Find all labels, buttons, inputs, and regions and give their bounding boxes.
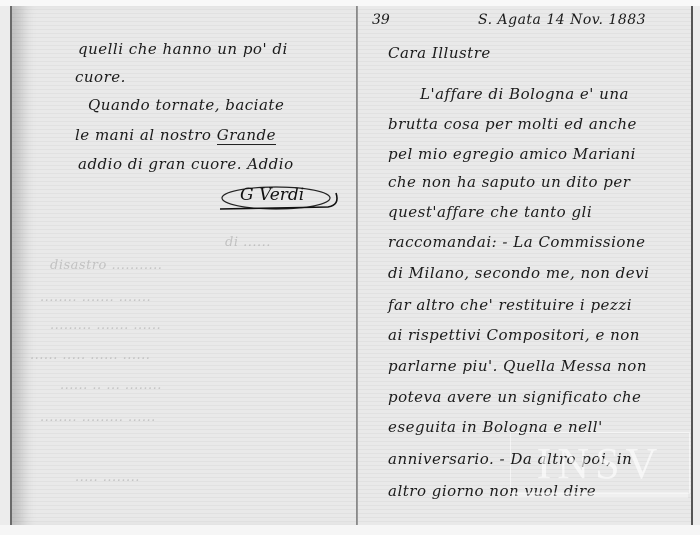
bleed-line-1: di ...... bbox=[225, 235, 271, 250]
bleed-line-3: ........ ....... ....... bbox=[40, 290, 151, 305]
watermark-caption-bar bbox=[512, 492, 688, 498]
bleed-line-5: ...... ..... ...... ...... bbox=[30, 348, 150, 363]
right-line-6: raccomandai: - La Commissione bbox=[388, 233, 645, 251]
right-line-11: poteva avere un significato che bbox=[388, 388, 641, 406]
bleed-line-4: ......... ....... ...... bbox=[50, 318, 161, 333]
page-number: 39 bbox=[372, 12, 390, 28]
left-line-4-text: le mani al nostro bbox=[75, 126, 217, 144]
underlined-word: Grande bbox=[217, 126, 276, 145]
letter-scan: quelli che hanno un po' di cuore. Quando… bbox=[0, 0, 700, 535]
right-line-10: parlarne piu'. Quella Messa non bbox=[388, 357, 647, 375]
letter-date: S. Agata 14 Nov. 1883 bbox=[478, 12, 646, 28]
signature: G Verdi bbox=[218, 183, 343, 213]
right-line-8: far altro che' restituire i pezzi bbox=[388, 296, 632, 314]
bleed-line-7: ........ ......... ...... bbox=[40, 410, 156, 425]
right-line-7: di Milano, secondo me, non devi bbox=[388, 264, 649, 282]
left-line-3: Quando tornate, baciate bbox=[88, 96, 284, 114]
watermark: INSV bbox=[510, 432, 690, 494]
right-line-3: pel mio egregio amico Mariani bbox=[388, 145, 636, 163]
scan-bottom-margin bbox=[0, 525, 700, 535]
bleed-line-8: ..... ........ bbox=[75, 470, 140, 485]
right-line-5: quest'affare che tanto gli bbox=[388, 203, 592, 221]
right-line-1: L'affare di Bologna e' una bbox=[420, 85, 629, 103]
left-line-4: le mani al nostro Grande bbox=[75, 126, 276, 144]
left-line-2: cuore. bbox=[75, 68, 126, 86]
bleed-line-6: ...... .. ... ........ bbox=[60, 378, 162, 393]
left-line-5: addio di gran cuore. Addio bbox=[78, 155, 294, 173]
left-line-1: quelli che hanno un po' di bbox=[78, 40, 288, 58]
signature-text: G Verdi bbox=[240, 185, 304, 205]
bleed-line-2: disastro ........... bbox=[50, 258, 162, 273]
right-line-4: che non ha saputo un dito per bbox=[388, 173, 630, 191]
page-fold bbox=[356, 6, 357, 525]
right-line-2: brutta cosa per molti ed anche bbox=[388, 115, 637, 133]
right-line-9: ai rispettivi Compositori, e non bbox=[388, 326, 640, 344]
salutation: Cara Illustre bbox=[388, 44, 491, 62]
